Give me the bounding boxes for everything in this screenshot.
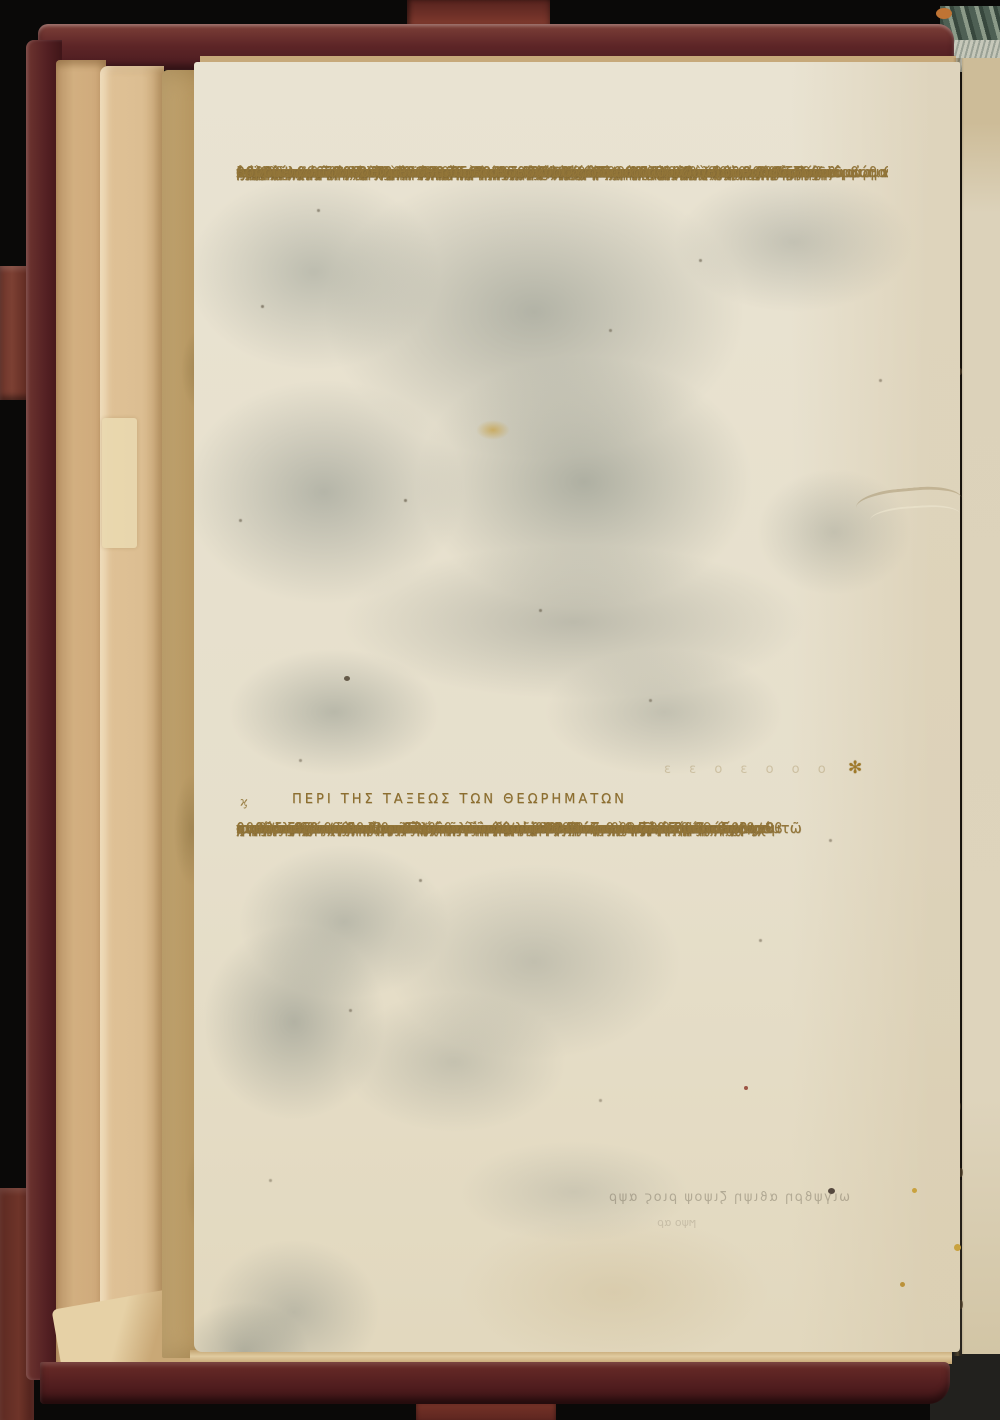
dirt-speckles xyxy=(0,0,1,1)
parchment-page xyxy=(194,62,960,1352)
text-line: ϛιιϐ ϛ μϐιαι ιῶρϐα/αιψῶι ϛ ιῶ μωοιαρῶρλα… xyxy=(236,817,888,842)
ochre-stain xyxy=(476,420,510,440)
yellow-stain-dot xyxy=(954,1244,961,1251)
heading-marginal-mark: ϗ xyxy=(240,795,248,809)
text-line: ρόρομε χριτοὺ ϐαθϗμϐῶ ϐιραι τὰρ ωϐριωοι … xyxy=(236,161,888,185)
flyleaf-layer xyxy=(100,66,164,1374)
flyleaf-layer xyxy=(56,60,106,1378)
manuscript-photo: ἐγγυτέρω γὰρ τὰ θαὶ ϐοαμανιαν τῶ μάσο μα… xyxy=(0,0,1000,1420)
ink-blot xyxy=(344,676,350,681)
yellow-stain-dot xyxy=(900,1282,905,1287)
repair-tape-patch xyxy=(102,418,137,548)
section-heading: ΠΕΡΙ ΤΗΣ ΤΑΞΕΩΣ ΤΩΝ ΘΕΩΡΗΜΑΤΩΝ xyxy=(292,792,627,807)
foreedge-corner-tip xyxy=(936,8,952,19)
binding-board-bottom xyxy=(40,1362,950,1404)
show-through-ghost-text: ϻψο αρ xyxy=(556,1216,696,1229)
yellow-stain-dot xyxy=(912,1188,917,1193)
show-through-ghost-text: ωιγψϐρη αϐιψη ζιψοψ ριοϛ αψρ xyxy=(520,1190,850,1205)
underlying-page-edge xyxy=(962,58,1000,1354)
red-ink-dot xyxy=(744,1086,748,1090)
faded-line-filler: ε ε ο ε ο ο ο xyxy=(664,762,833,777)
end-ornament-icon: ✻ xyxy=(848,758,862,778)
